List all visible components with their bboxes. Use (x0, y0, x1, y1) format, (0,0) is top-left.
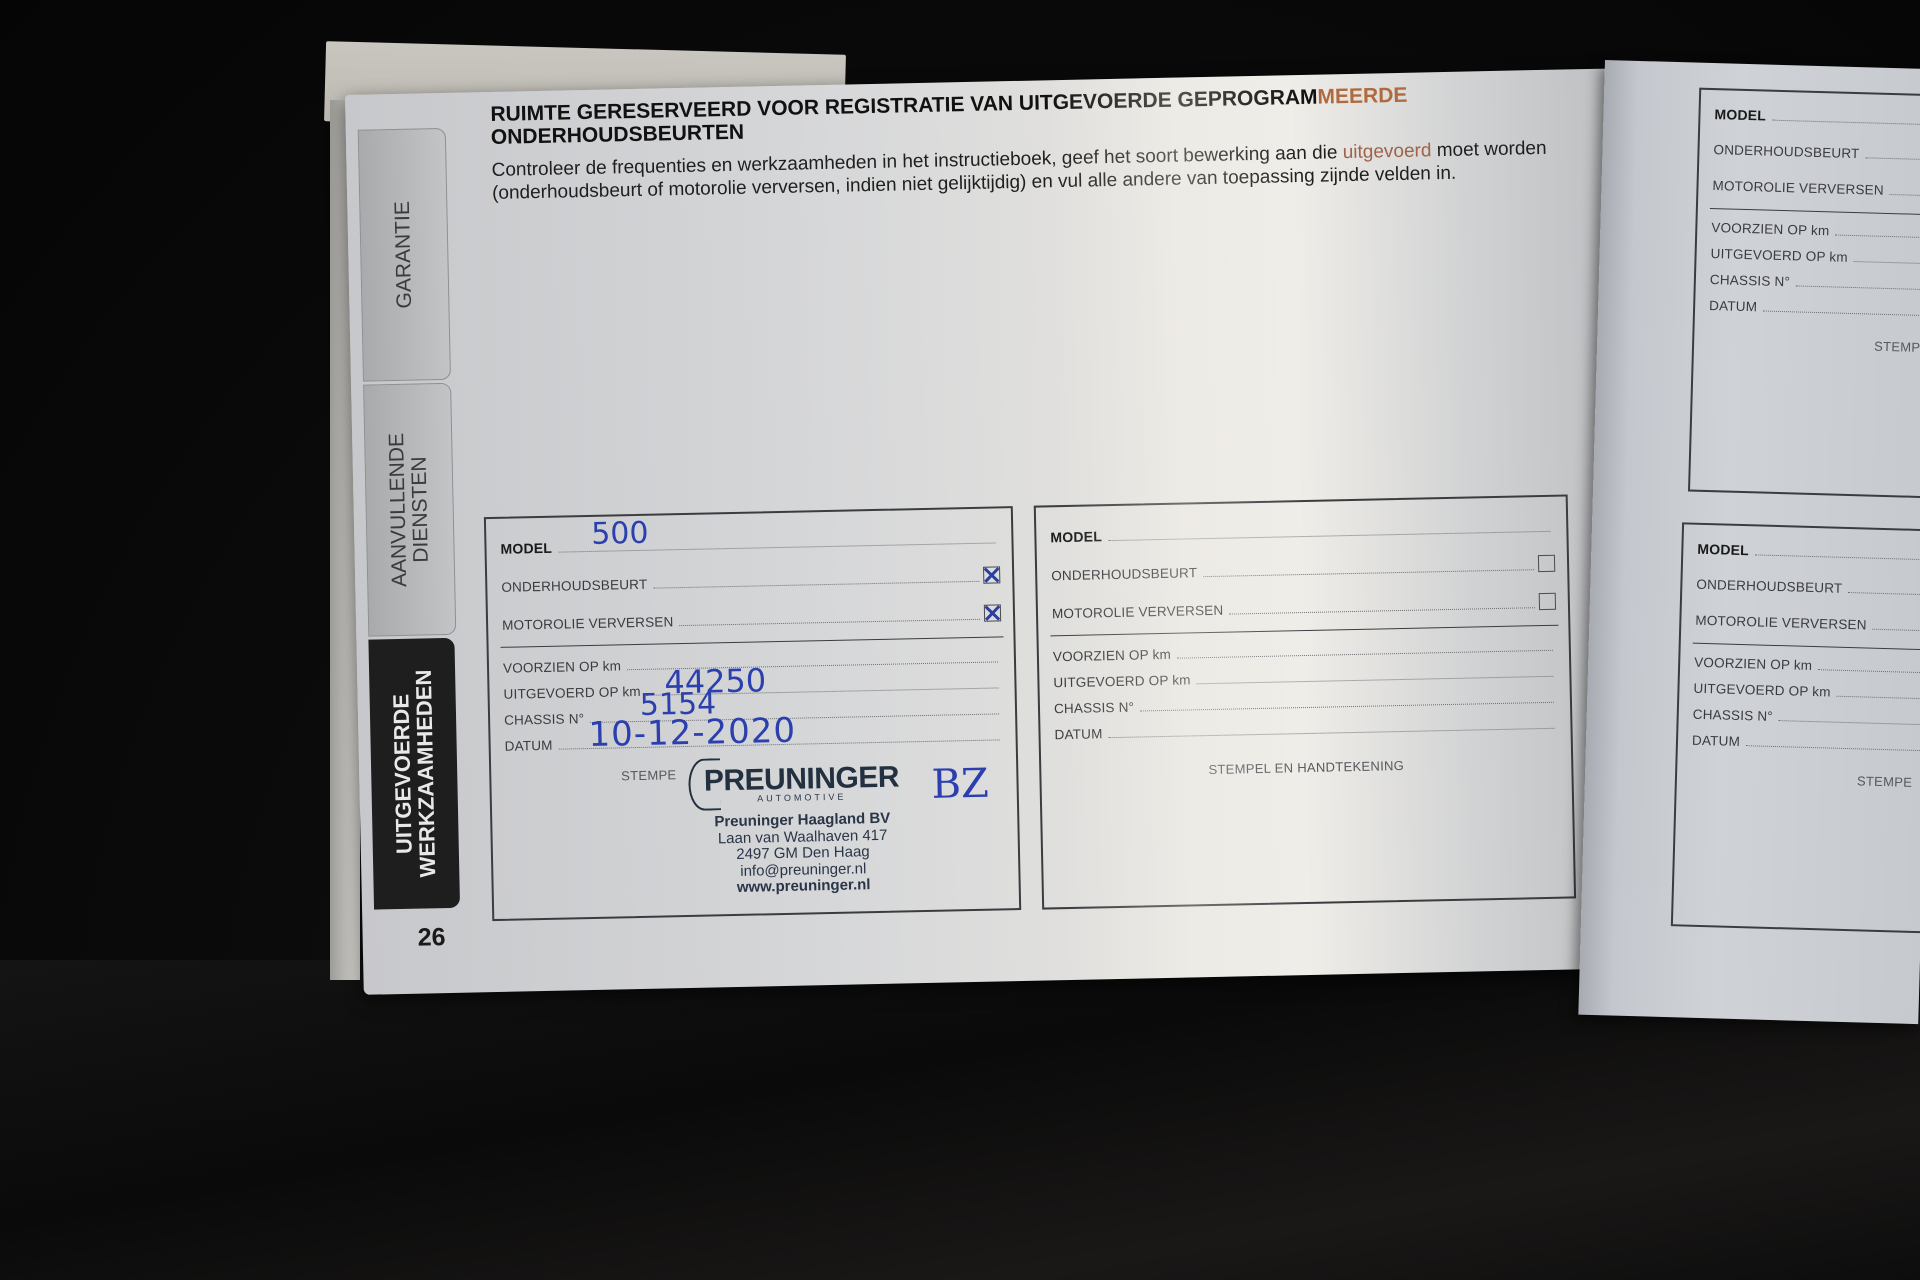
model-handwritten-value: 500 (591, 516, 649, 552)
datum-field[interactable]: DATUM (1709, 298, 1920, 321)
voorzien-label: VOORZIEN OP km (1711, 220, 1829, 238)
model-field[interactable]: MODEL (1697, 541, 1920, 565)
motorolie-field: MOTOROLIE VERVERSEN (1052, 593, 1556, 622)
uitgevoerd-km-field[interactable]: UITGEVOERD OP km (1053, 665, 1557, 691)
stamp-signature-label: STEMPE (1874, 339, 1920, 357)
onderhoudsbeurt-field: ONDERHOUDSBEURT (1051, 555, 1555, 584)
page-number: 26 (417, 923, 445, 953)
tab-label: AANVULLENDEDIENSTEN (386, 432, 433, 587)
title-accent-text: MEERDE (1317, 84, 1407, 109)
chassis-label: CHASSIS N° (1054, 700, 1134, 717)
uitgevoerd-km-field[interactable]: UITGEVOERD OP km (1710, 246, 1920, 269)
stamp-web: www.preuninger.nl (699, 876, 909, 897)
datum-label: DATUM (505, 738, 553, 754)
datum-handwritten-value: 10-12-2020 (588, 711, 796, 755)
model-field[interactable]: MODEL (1714, 106, 1920, 130)
motorolie-label: MOTOROLIE VERVERSEN (502, 614, 674, 633)
model-label: MODEL (1714, 106, 1766, 123)
onderhoudsbeurt-checkbox[interactable] (1538, 555, 1555, 572)
voorzien-km-field[interactable]: VOORZIEN OP km (1053, 639, 1557, 665)
form-divider (1710, 208, 1920, 217)
uitgevoerd-label: UITGEVOERD OP km (1693, 681, 1831, 700)
onderhoudsbeurt-checkbox[interactable] (983, 566, 1000, 583)
onderhoudsbeurt-label: ONDERHOUDSBEURT (1696, 577, 1842, 596)
voorzien-label: VOORZIEN OP km (1053, 647, 1171, 664)
motorolie-label: MOTOROLIE VERVERSEN (1712, 178, 1884, 198)
uitgevoerd-label: UITGEVOERD OP km (1710, 246, 1848, 265)
stamp-signature-label: STEMPEL EN HANDTEKENING (1041, 754, 1571, 780)
form-divider (501, 636, 1004, 648)
page-title: RUIMTE GERESERVEERD VOOR REGISTRATIE VAN… (490, 82, 1541, 149)
datum-label: DATUM (1709, 298, 1757, 314)
tab-aanvullende-diensten[interactable]: AANVULLENDEDIENSTEN (363, 383, 456, 637)
maintenance-record-form-3: MODEL ONDERHOUDSBEURT MOTOROLIE VERVERSE… (1688, 88, 1920, 500)
onderhoudsbeurt-label: ONDERHOUDSBEURT (1713, 142, 1859, 161)
chassis-label: CHASSIS N° (504, 711, 584, 728)
tab-label: GARANTIE (392, 201, 416, 309)
maintenance-record-form-2: MODEL ONDERHOUDSBEURT MOTOROLIE VERVERSE… (1034, 494, 1576, 909)
booklet-right-page: MODEL ONDERHOUDSBEURT MOTOROLIE VERVERSE… (1578, 60, 1920, 1024)
chassis-label: CHASSIS N° (1693, 707, 1774, 724)
datum-field[interactable]: DATUM (1692, 733, 1920, 756)
model-label: MODEL (1697, 541, 1749, 558)
uitgevoerd-km-field[interactable]: UITGEVOERD OP km (1693, 681, 1920, 704)
onderhoudsbeurt-field: ONDERHOUDSBEURT (501, 566, 1000, 594)
maintenance-record-form-4: MODEL ONDERHOUDSBEURT MOTOROLIE VERVERSE… (1671, 522, 1920, 934)
model-label: MODEL (1050, 528, 1102, 545)
model-field[interactable]: MODEL (500, 530, 999, 556)
model-label: MODEL (500, 540, 552, 557)
signature-stroke (688, 758, 721, 811)
motorolie-label: MOTOROLIE VERVERSEN (1052, 603, 1224, 622)
datum-label: DATUM (1692, 733, 1740, 749)
chassis-field[interactable]: CHASSIS N° (1710, 272, 1920, 295)
uitgevoerd-label: UITGEVOERD OP km (1053, 672, 1191, 690)
chassis-field[interactable]: CHASSIS N° (1693, 707, 1920, 730)
intro-accent: uitgevoerd (1343, 140, 1432, 163)
onderhoudsbeurt-label: ONDERHOUDSBEURT (501, 577, 647, 595)
intro-paragraph: Controleer de frequenties en werkzaamhed… (491, 138, 1552, 206)
motorolie-checkbox[interactable] (1539, 593, 1556, 610)
voorzien-label: VOORZIEN OP km (503, 658, 621, 675)
onderhoudsbeurt-label: ONDERHOUDSBEURT (1051, 565, 1197, 583)
initials-handwritten: BZ (931, 761, 989, 808)
form-divider (1050, 625, 1558, 637)
chassis-field[interactable]: CHASSIS N° (1054, 691, 1558, 717)
uitgevoerd-label: UITGEVOERD OP km (503, 684, 641, 702)
title-text: RUIMTE GERESERVEERD VOOR REGISTRATIE VAN… (490, 86, 1318, 126)
dealer-stamp: PREUNINGER AUTOMOTIVE Preuninger Haaglan… (696, 760, 909, 897)
form-divider (1693, 643, 1920, 652)
voorzien-label: VOORZIEN OP km (1694, 655, 1812, 673)
tab-garantie[interactable]: GARANTIE (358, 128, 451, 382)
motorolie-checkbox[interactable] (984, 604, 1001, 621)
stamp-signature-label: STEMPE (1857, 773, 1920, 791)
maintenance-record-form-1: MODEL 500 ONDERHOUDSBEURT MOTOROLIE VERV… (484, 506, 1021, 921)
onderhoudsbeurt-field: ONDERHOUDSBEURT (1696, 577, 1920, 600)
datum-label: DATUM (1054, 726, 1102, 742)
voorzien-km-field[interactable]: VOORZIEN OP km (1694, 655, 1920, 678)
motorolie-label: MOTOROLIE VERVERSEN (1695, 613, 1867, 633)
chassis-label: CHASSIS N° (1710, 272, 1791, 289)
onderhoudsbeurt-field: ONDERHOUDSBEURT (1713, 142, 1920, 165)
model-field[interactable]: MODEL (1050, 519, 1554, 546)
datum-field[interactable]: DATUM (1054, 717, 1558, 743)
booklet-left-page: GARANTIE AANVULLENDEDIENSTEN UITGEVOERDE… (345, 69, 1626, 995)
title-line2: ONDERHOUDSBEURTEN (491, 120, 745, 148)
motorolie-field: MOTOROLIE VERVERSEN (502, 604, 1001, 632)
voorzien-km-field[interactable]: VOORZIEN OP km (1711, 220, 1920, 243)
motorolie-field: MOTOROLIE VERVERSEN (1695, 613, 1920, 636)
motorolie-field: MOTOROLIE VERVERSEN (1712, 178, 1920, 201)
